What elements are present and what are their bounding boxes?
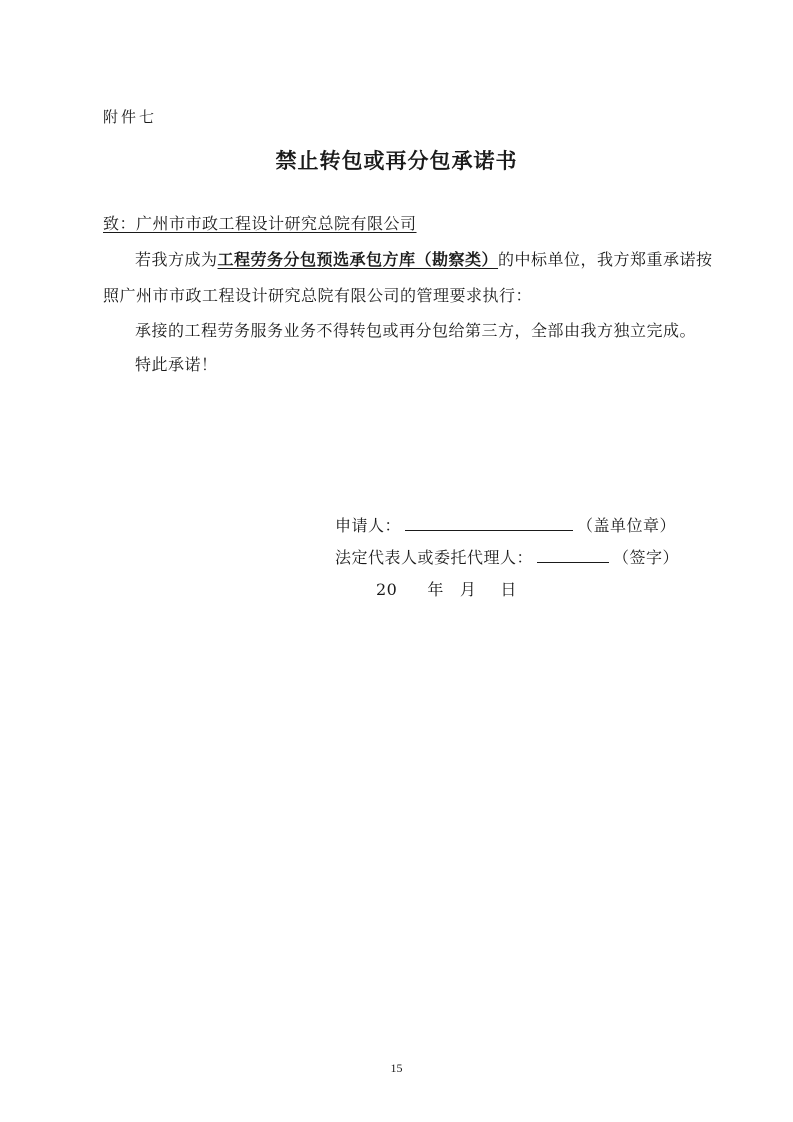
page-number: 15 — [0, 1061, 793, 1076]
paragraph-3: 特此承诺！ — [135, 352, 218, 375]
representative-blank[interactable] — [537, 548, 609, 563]
applicant-note: （盖单位章） — [577, 516, 676, 535]
representative-line: 法定代表人或委托代理人：（签字） — [335, 545, 679, 568]
applicant-line: 申请人：（盖单位章） — [335, 513, 676, 536]
paragraph-1: 若我方成为工程劳务分包预选承包方库（勘察类）的中标单位，我方郑重承诺按 — [135, 247, 713, 270]
addressee: 致：广州市市政工程设计研究总院有限公司 — [103, 211, 417, 234]
applicant-blank[interactable] — [405, 516, 573, 531]
annex-label: 附件七 — [103, 106, 157, 127]
paragraph-1-emphasis: 工程劳务分包预选承包方库（勘察类） — [218, 250, 499, 269]
date-year-prefix: 20 — [376, 580, 397, 599]
representative-label: 法定代表人或委托代理人： — [335, 548, 533, 567]
representative-note: （签字） — [613, 548, 679, 567]
date-month: 月 — [460, 580, 477, 599]
date-day: 日 — [500, 580, 517, 599]
paragraph-1-continuation: 照广州市市政工程设计研究总院有限公司的管理要求执行： — [103, 283, 532, 306]
date-line: 20年月日 — [376, 577, 517, 600]
date-year: 年 — [427, 580, 444, 599]
document-title: 禁止转包或再分包承诺书 — [0, 145, 793, 175]
paragraph-2: 承接的工程劳务服务业务不得转包或再分包给第三方，全部由我方独立完成。 — [135, 318, 696, 341]
paragraph-1-prefix: 若我方成为 — [135, 250, 218, 269]
paragraph-1-suffix: 的中标单位，我方郑重承诺按 — [498, 250, 713, 269]
applicant-label: 申请人： — [335, 516, 401, 535]
